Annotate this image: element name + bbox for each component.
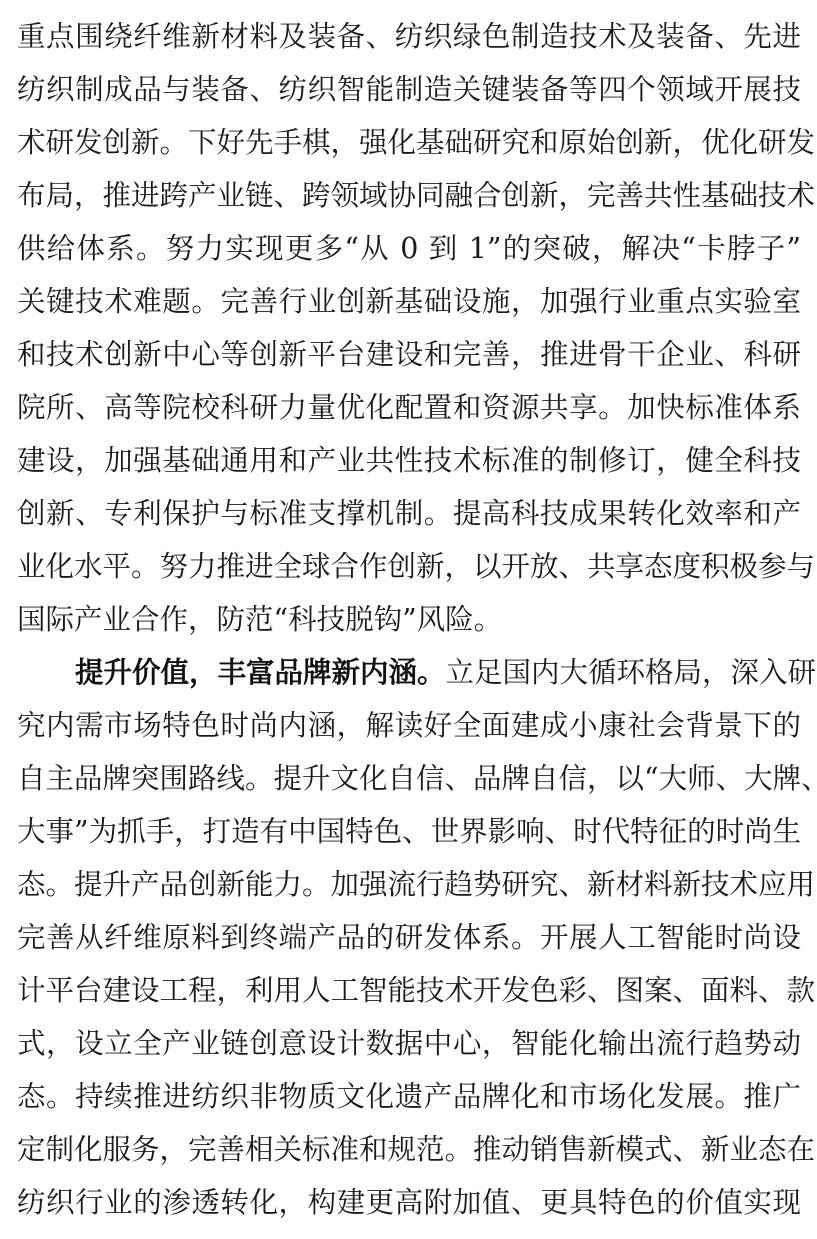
text-line: 式，设立全产业链创意设计数据中心，智能化输出流行趋势动 xyxy=(17,1017,801,1070)
text-line: 创新、专利保护与标准支撑机制。提高科技成果转化效率和产 xyxy=(17,487,801,540)
document-page: 重点围绕纤维新材料及装备、纺织绿色制造技术及装备、先进 纺织制成品与装备、纺织智… xyxy=(0,0,817,1239)
text-line: 和技术创新中心等创新平台建设和完善，推进骨干企业、科研 xyxy=(17,328,801,381)
text-line: 完善从纤维原料到终端产品的研发体系。开展人工智能时尚设 xyxy=(17,911,801,964)
text-line: 重点围绕纤维新材料及装备、纺织绿色制造技术及装备、先进 xyxy=(17,10,801,63)
text-line: 布局，推进跨产业链、跨领域协同融合创新，完善共性基础技术 xyxy=(17,169,801,222)
text-line-with-heading: 提升价值，丰富品牌新内涵。立足国内大循环格局，深入研 xyxy=(75,646,801,699)
text-line: 究内需市场特色时尚内涵，解读好全面建成小康社会背景下的 xyxy=(17,699,801,752)
text-line: 供给体系。努力实现更多“从 0 到 1”的突破，解决“卡脖子” xyxy=(17,222,801,275)
text-line: 业化水平。努力推进全球合作创新，以开放、共享态度积极参与 xyxy=(17,540,801,593)
text-line: 纺织行业的渗透转化，构建更高附加值、更具特色的价值实现 xyxy=(17,1176,801,1229)
text-line: 纺织制成品与装备、纺织智能制造关键装备等四个领域开展技 xyxy=(17,63,801,116)
text-line: 院所、高等院校科研力量优化配置和资源共享。加快标准体系 xyxy=(17,381,801,434)
text-line: 态。提升产品创新能力。加强流行趋势研究、新材料新技术应用， xyxy=(17,858,801,911)
paragraph-heading: 提升价值，丰富品牌新内涵。 xyxy=(75,655,446,689)
text-line: 态。持续推进纺织非物质文化遗产品牌化和市场化发展。推广 xyxy=(17,1070,801,1123)
text-line: 国际产业合作，防范“科技脱钩”风险。 xyxy=(17,593,801,646)
text-line: 关键技术难题。完善行业创新基础设施，加强行业重点实验室 xyxy=(17,275,801,328)
text-line: 自主品牌突围路线。提升文化自信、品牌自信，以“大师、大牌、 xyxy=(17,752,801,805)
text-line: 建设，加强基础通用和产业共性技术标准的制修订，健全科技 xyxy=(17,434,801,487)
text-line: 大事”为抓手，打造有中国特色、世界影响、时代特征的时尚生 xyxy=(17,805,801,858)
text-line: 术研发创新。下好先手棋，强化基础研究和原始创新，优化研发 xyxy=(17,116,801,169)
heading-line-rest: 立足国内大循环格局，深入研 xyxy=(446,656,817,689)
text-line: 计平台建设工程，利用人工智能技术开发色彩、图案、面料、款 xyxy=(17,964,801,1017)
text-line: 定制化服务，完善相关标准和规范。推动销售新模式、新业态在 xyxy=(17,1123,801,1176)
